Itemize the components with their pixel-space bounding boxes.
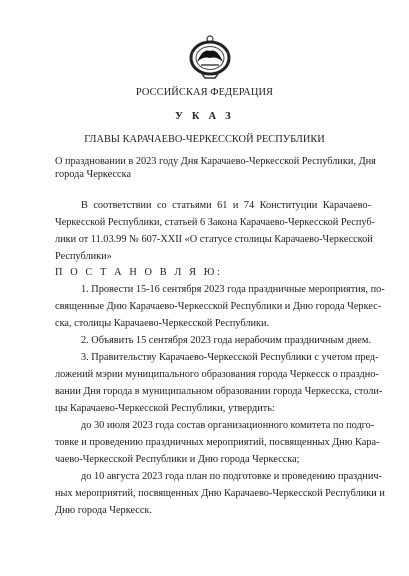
authority-heading: ГЛАВЫ КАРАЧАЕВО-ЧЕРКЕССКОЙ РЕСПУБЛИКИ	[0, 134, 409, 145]
document-page: РОССИЙСКАЯ ФЕДЕРАЦИЯ У К А З ГЛАВЫ КАРАЧ…	[0, 0, 409, 576]
item-line: ложений мэрии муниципального образования…	[55, 366, 371, 383]
decree-subitem-committee: до 30 июля 2023 года состав организацион…	[55, 417, 371, 468]
item-line: 3. Правительству Карачаево-Черкесской Ре…	[55, 349, 371, 366]
document-type-heading: У К А З	[0, 111, 409, 122]
item-line: ных мероприятий, посвященных Дню Карачае…	[55, 485, 371, 502]
preamble-line: Республики»	[55, 248, 371, 265]
item-line: священные Дню Карачаево-Черкесской Респу…	[55, 298, 371, 315]
country-heading: РОССИЙСКАЯ ФЕДЕРАЦИЯ	[0, 87, 409, 98]
item-line: ска, столицы Карачаево-Черкесской Респуб…	[55, 315, 371, 332]
item-line: товке и проведению праздничных мероприят…	[55, 434, 371, 451]
coat-of-arms-icon	[187, 34, 233, 80]
item-line: Дню города Черкесск.	[55, 502, 371, 519]
document-subject: О праздновании в 2023 году Дня Карачаево…	[55, 155, 371, 181]
preamble-line: лики от 11.03.99 № 607-XXII «О статусе с…	[55, 231, 371, 248]
subject-line: города Черкесска	[55, 168, 371, 181]
item-line: 1. Провести 15-16 сентября 2023 года пра…	[55, 281, 371, 298]
item-line: до 30 июля 2023 года состав организацион…	[55, 417, 371, 434]
decree-subitem-plan: до 10 августа 2023 года план по подготов…	[55, 468, 371, 519]
item-line: чаево-Черкесской Республики и Дню города…	[55, 451, 371, 468]
decree-item-2: 2. Объявить 15 сентября 2023 года нерабо…	[55, 332, 371, 349]
item-line: 2. Объявить 15 сентября 2023 года нерабо…	[55, 332, 371, 349]
decree-word: П О С Т А Н О В Л Я Ю:	[55, 265, 371, 281]
subject-line: О праздновании в 2023 году Дня Карачаево…	[55, 155, 371, 168]
preamble: В соответствии со статьями 61 и 74 Конст…	[55, 197, 371, 265]
document-body: В соответствии со статьями 61 и 74 Конст…	[55, 197, 371, 519]
item-line: вании Дня города в муниципальном образов…	[55, 383, 371, 400]
item-line: до 10 августа 2023 года план по подготов…	[55, 468, 371, 485]
decree-item-3: 3. Правительству Карачаево-Черкесской Ре…	[55, 349, 371, 417]
item-line: цы Карачаево-Черкесской Республики, утве…	[55, 400, 371, 417]
preamble-line: В соответствии со статьями 61 и 74 Конст…	[55, 197, 371, 214]
decree-item-1: 1. Провести 15-16 сентября 2023 года пра…	[55, 281, 371, 332]
preamble-line: Черкесской Республики, статьей 6 Закона …	[55, 214, 371, 231]
